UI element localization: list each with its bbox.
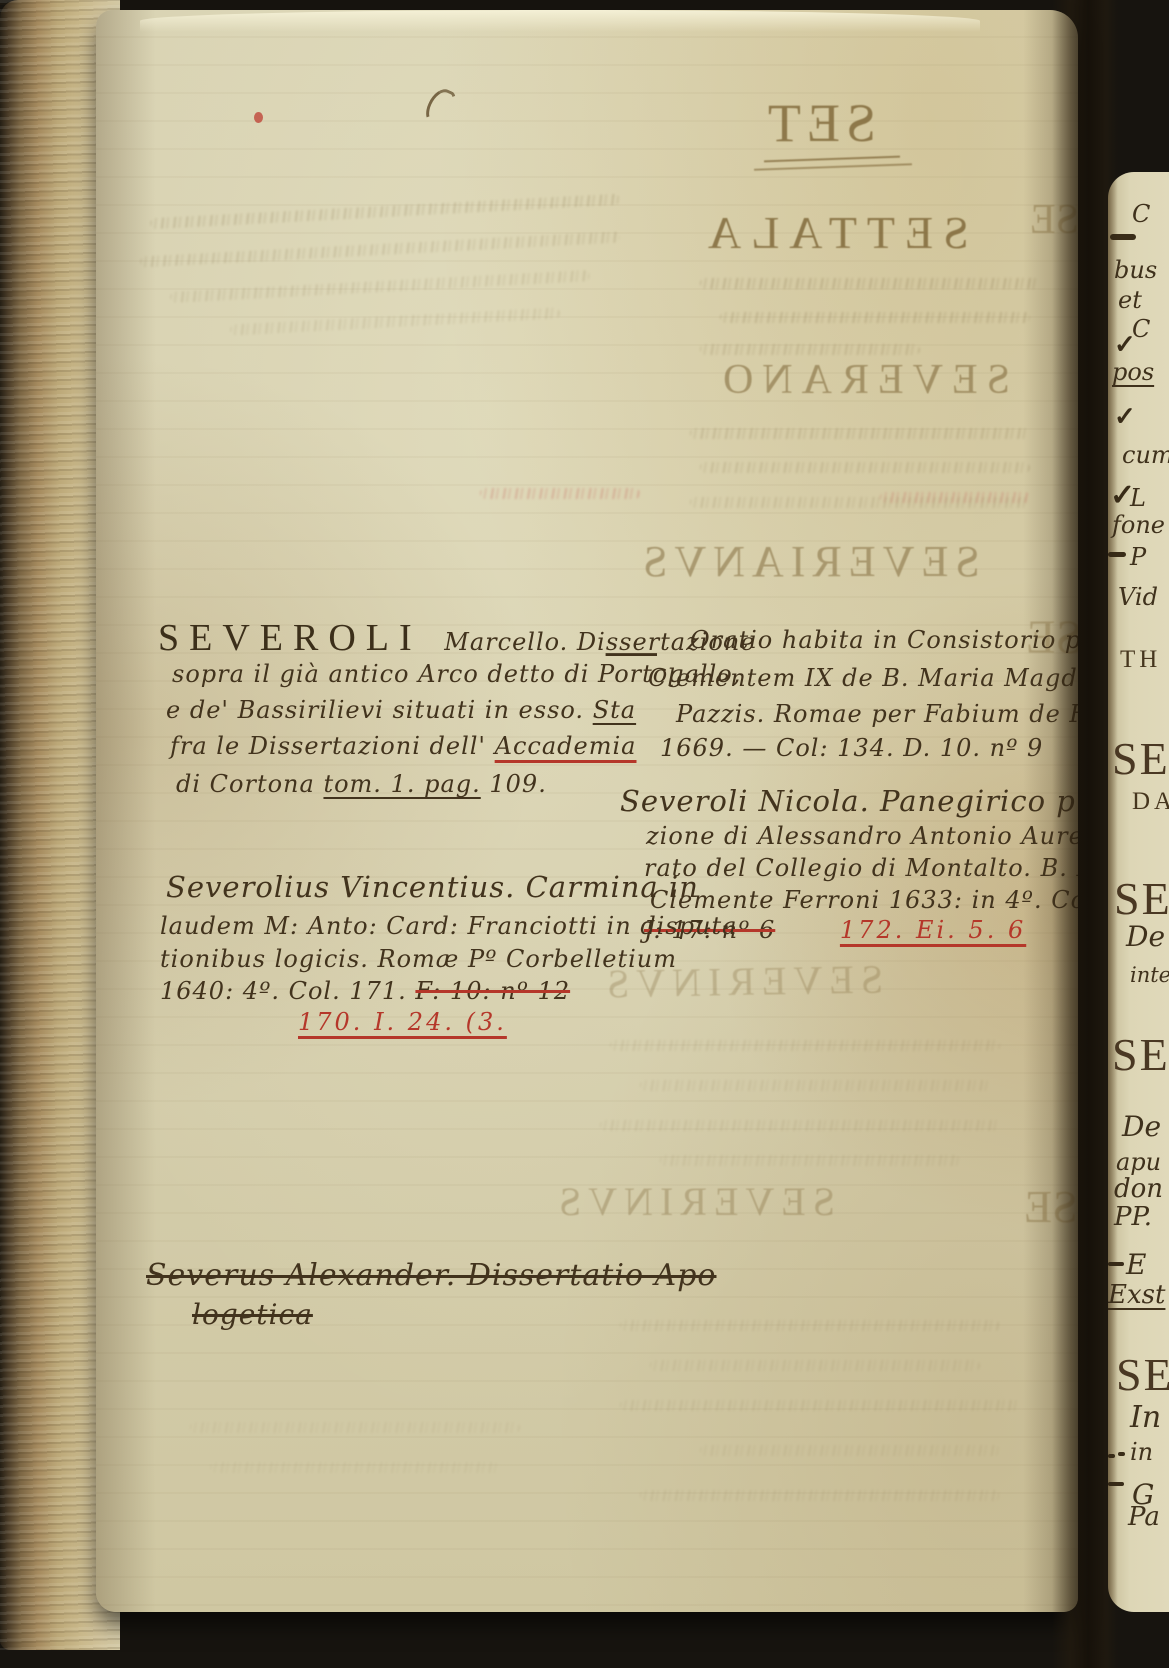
entry-line: Oratio habita in Consistorio pubblico a: [690, 626, 1078, 654]
ghost-script-line: [700, 462, 1030, 473]
facing-fragment: C: [1132, 200, 1150, 228]
ditto-dash-mark: —: [620, 638, 645, 667]
facing-fragment: De: [1126, 920, 1165, 953]
manuscript-page: SET SETTALA SEVERANO SEVERIANVS SEVERINV…: [96, 10, 1078, 1612]
entry-line: fra le Dissertazioni dell' Accademia: [170, 732, 637, 760]
entry-severoli-marcello-heading-line: SEVEROLI Marcello. Dissertazione: [158, 616, 756, 660]
bleedthrough-title-underline: [764, 156, 900, 163]
ghost-script-line: [610, 1040, 1000, 1051]
ghost-script-line: [230, 307, 560, 335]
facing-fragment: TH: [1120, 646, 1161, 674]
facing-fragment: cum: [1122, 441, 1169, 469]
entry-line: rato del Collegio di Montalto. B. Hega: [644, 854, 1078, 882]
ghost-script-line: [650, 1360, 980, 1371]
facing-fragment: De: [1122, 1110, 1161, 1143]
ink-dash-mark: [1118, 1452, 1125, 1456]
facing-header-fragment: SE: [1112, 732, 1169, 785]
entry-line: Severoli Nicola. Panegirico p la promo: [620, 784, 1078, 818]
facing-fragment: PP.: [1114, 1202, 1152, 1232]
ghost-script-line: [700, 344, 920, 355]
entry-line: 1669. — Col: 134. D. 10. nº 9: [660, 734, 1043, 762]
page-top-edge-highlight: [140, 10, 980, 32]
entry-line-cancelled: logetica: [192, 1298, 313, 1331]
entry-line: e de' Bassirilievi situati in esso. Sta: [166, 696, 636, 724]
ghost-script-line: [620, 1400, 1020, 1411]
ghost-script-line: [600, 1120, 1000, 1131]
entry-line-cancelled: Severus Alexander. Dissertatio Apo: [146, 1258, 716, 1293]
facing-fragment: fone: [1112, 511, 1165, 539]
bleedthrough-header-severano: SEVERANO: [714, 356, 1010, 404]
facing-fragment: pos: [1112, 358, 1154, 386]
facing-fragment: In: [1130, 1400, 1161, 1435]
facing-fragment: E: [1126, 1248, 1146, 1281]
ghost-script-line: [640, 1490, 1000, 1501]
ghost-script-line: [700, 1445, 1000, 1456]
facing-header-fragment: SE: [1116, 1348, 1169, 1401]
ghost-script-line: [700, 278, 1040, 289]
facing-fragment: Vid: [1118, 583, 1158, 611]
ghost-script-line: [170, 270, 590, 303]
old-shelfmark-struck: F: 10: nº 12: [415, 977, 570, 1005]
entry-line: Pazzis. Romae per Fabium de Falchis: [676, 700, 1078, 728]
ghost-script-line: [720, 312, 1030, 323]
facing-header-fragment: SE: [1114, 872, 1169, 925]
entry-line: tionibus logicis. Romæ Pº Corbelletium: [160, 945, 677, 973]
entry-line: Severolius Vincentius. Carmina in: [166, 870, 699, 904]
facing-header-fragment: SE: [1112, 1028, 1169, 1081]
gutter-shadow: [1052, 0, 1118, 1668]
facing-fragment: don: [1114, 1174, 1163, 1204]
entry-line: Clementem IX de B. Maria Magdalena de: [648, 664, 1078, 692]
entry-line: zione di Alessandro Antonio Aureduti dot…: [646, 822, 1078, 850]
ghost-script-line: [150, 194, 620, 230]
new-shelfmark-red: 170. I. 24. (3.: [298, 1008, 507, 1036]
bleedthrough-title-underline: [754, 163, 912, 171]
bleedthrough-header-severianvs: SEVERIANVS: [636, 536, 980, 587]
facing-fragment: bus: [1114, 256, 1157, 284]
entry-line: Clemente Ferroni 1633: in 4º. Col. 171:: [650, 886, 1078, 914]
ghost-script-line: [190, 1422, 520, 1433]
facing-fragment: apu: [1116, 1148, 1161, 1176]
ghost-severinvs: SEVERINVS: [552, 1178, 835, 1225]
facing-fragment: P: [1130, 543, 1146, 571]
ghost-script-line: [140, 231, 620, 267]
facing-fragment: in: [1130, 1438, 1153, 1466]
entry-line: laudem M: Anto: Card: Franciotti in disp…: [160, 912, 737, 940]
ghost-script-line: [210, 1462, 500, 1473]
ghost-script-line: [620, 1320, 1000, 1331]
facing-fragment: L: [1130, 484, 1146, 512]
entry-line: 1640: 4º. Col. 171. F: 10: nº 12: [160, 977, 570, 1005]
ghost-red-script-line: [480, 488, 640, 499]
pen-mark: [421, 85, 458, 129]
bleedthrough-header-settala: SETTALA: [698, 206, 969, 259]
entry-heading: SEVEROLI: [158, 617, 422, 659]
facing-fragment: inte: [1130, 963, 1169, 987]
ghost-script-line: [660, 1155, 960, 1166]
ghost-script-line: [690, 428, 1030, 439]
facing-fragment: Pa: [1128, 1502, 1160, 1532]
manuscript-photo: SET SETTALA SEVERANO SEVERIANVS SEVERINV…: [0, 0, 1169, 1668]
facing-fragment: DA: [1132, 788, 1169, 816]
facing-fragment: et: [1118, 286, 1142, 314]
entry-line: di Cortona tom. 1. pag. 109.: [176, 770, 547, 798]
ghost-red-script-line: [880, 492, 1030, 503]
bleedthrough-title: SET: [762, 92, 876, 154]
red-ink-dot: [254, 112, 263, 123]
ghost-script-line: [640, 1080, 990, 1091]
new-shelfmark-red: 172. Ei. 5. 6: [840, 916, 1026, 944]
